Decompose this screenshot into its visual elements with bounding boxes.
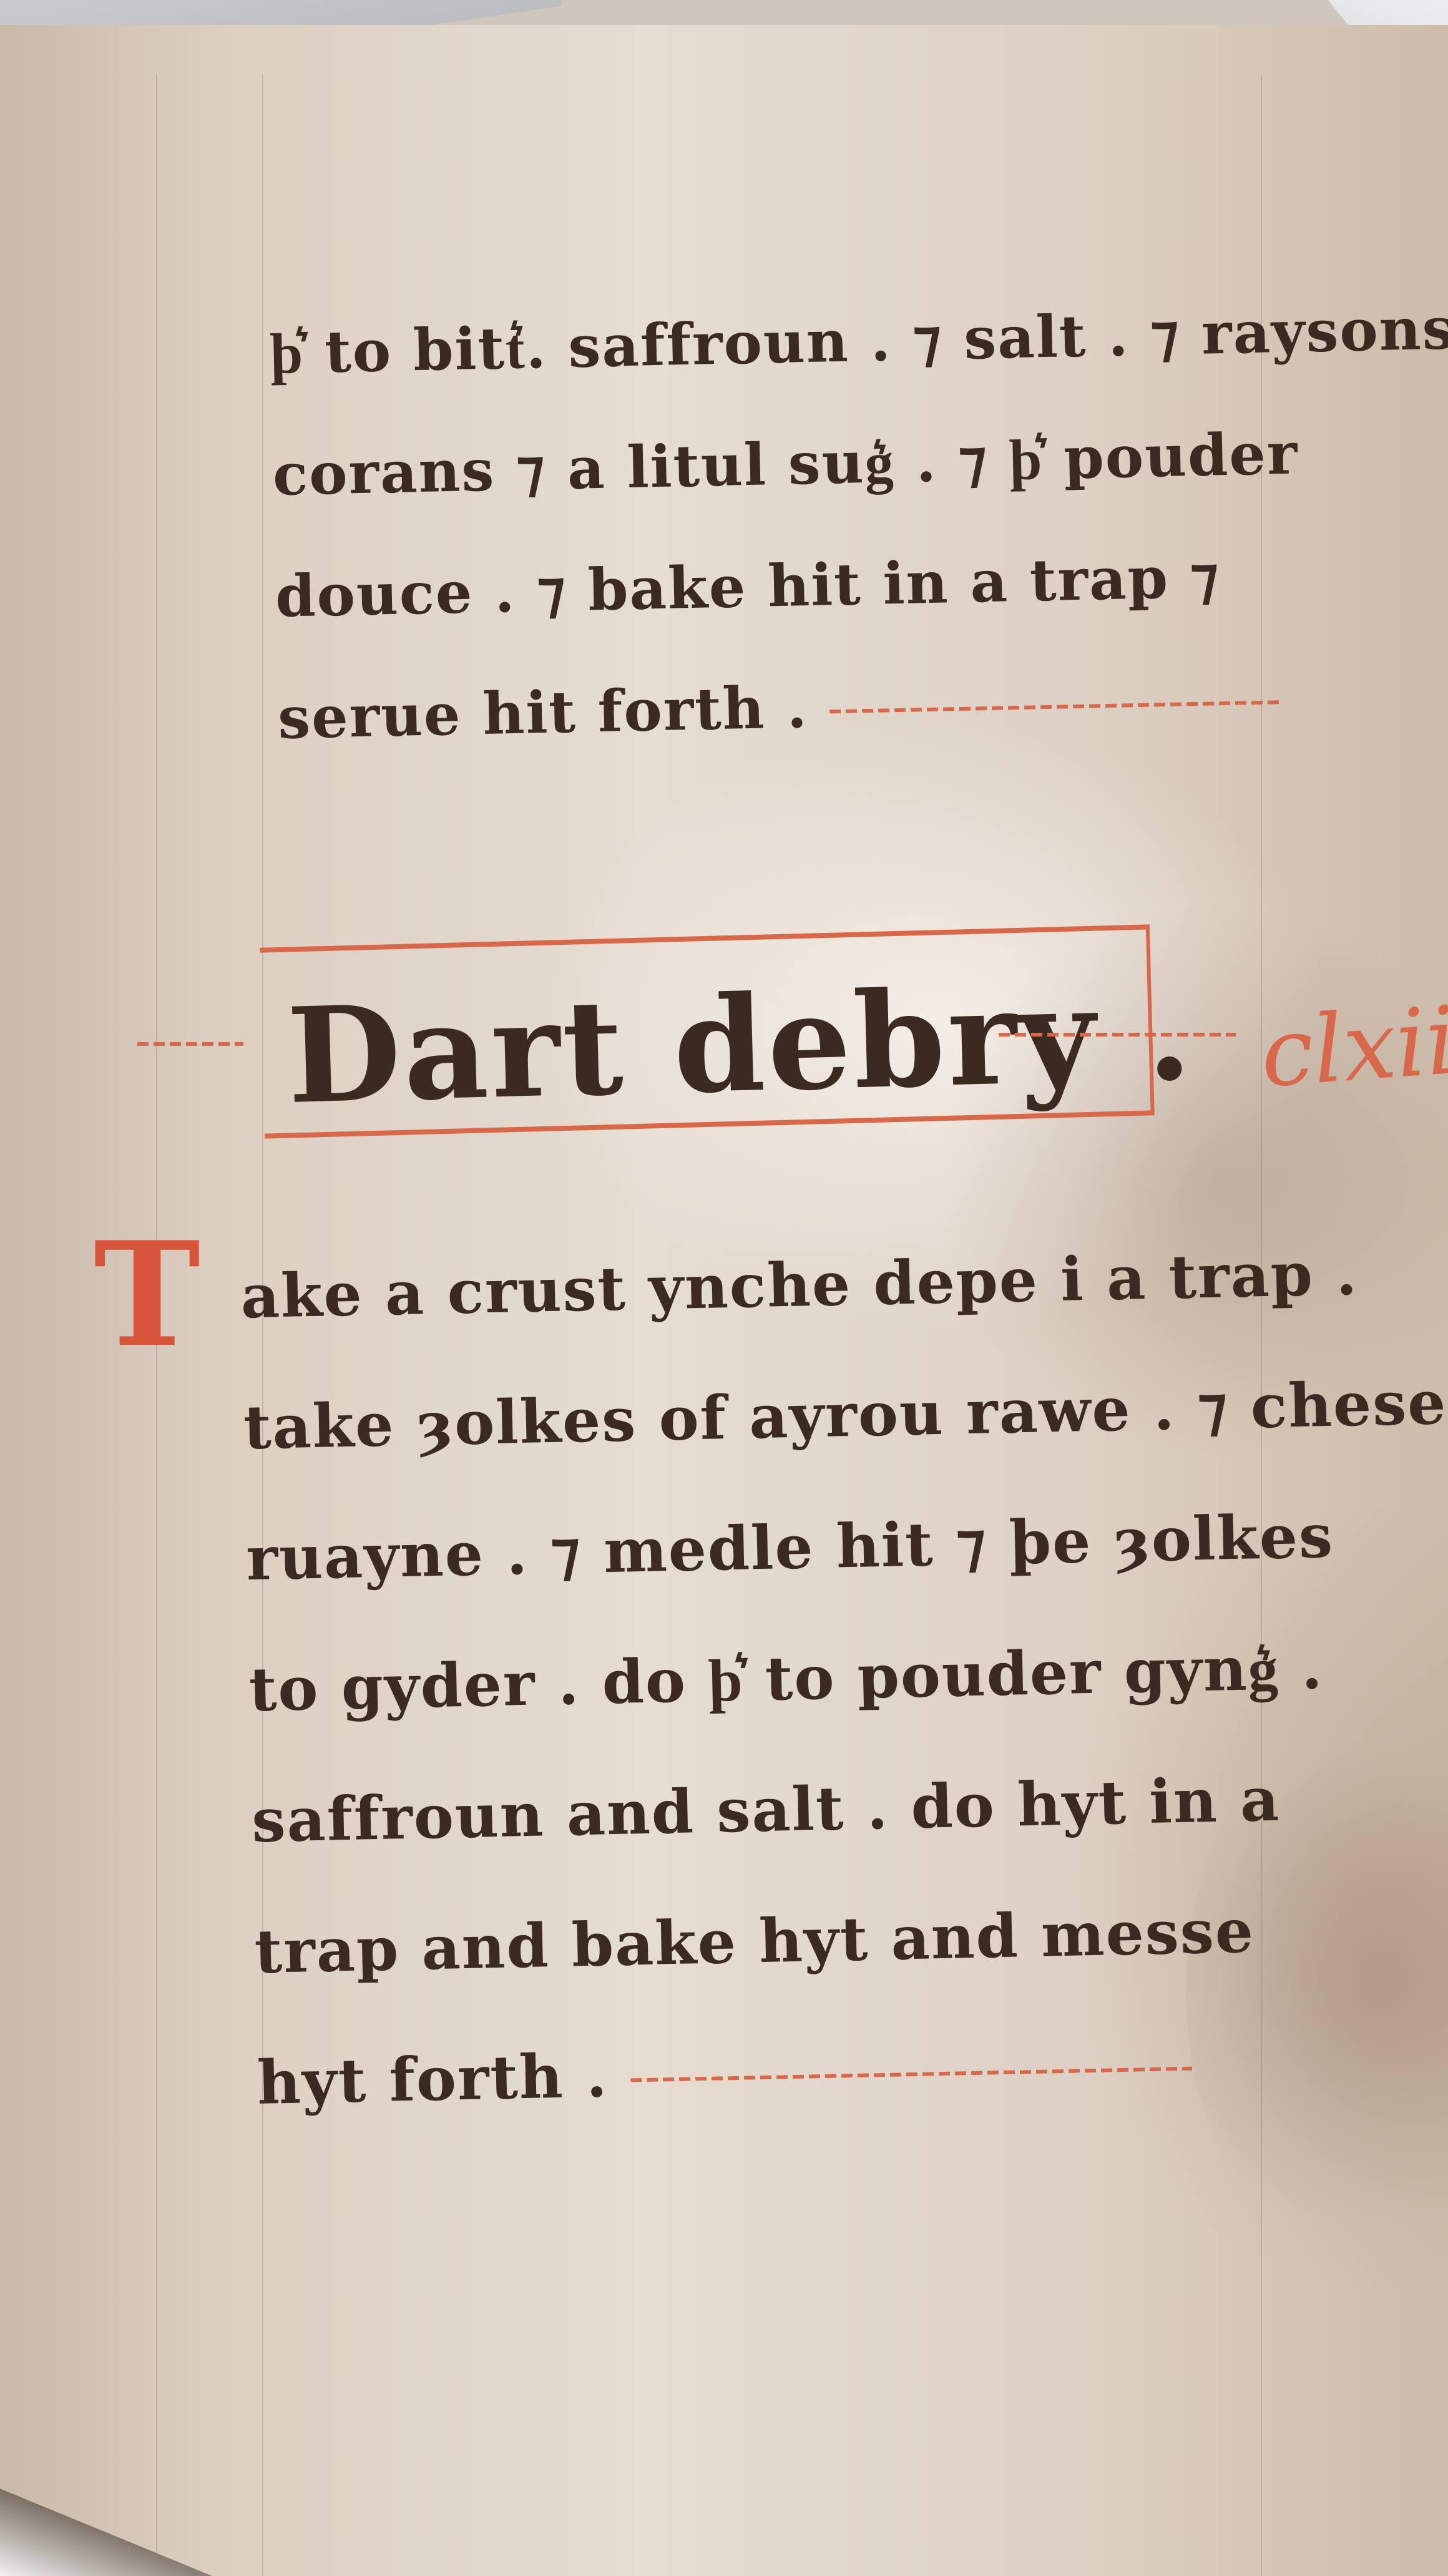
red-line-filler: [137, 1042, 243, 1046]
text-line: hyt forth .: [257, 2028, 1448, 2184]
margin-numeral: clxiii: [1257, 985, 1448, 1109]
red-initial-letter: T: [94, 1223, 200, 1367]
recipe-title: Dart debry .: [285, 955, 1196, 1133]
text-line: douce . ⁊ bake hit in a trap ⁊: [275, 543, 1448, 690]
red-line-filler: [999, 1033, 1236, 1037]
recipe-heading: Dart debry . clxiii: [137, 924, 1448, 1161]
red-line-filler: [630, 2067, 1192, 2082]
text-line: serue hit forth .: [277, 665, 1448, 811]
preceding-recipe-text: þ͛ to bitt͛. saffroun . ⁊ salt . ⁊ rayso…: [270, 300, 1448, 811]
text-line-content: serue hit forth .: [277, 673, 809, 752]
red-line-filler: [829, 701, 1279, 714]
text-line-content: hyt forth .: [257, 2040, 609, 2118]
text-line: saffroun and salt . do hyt in a: [251, 1766, 1448, 1922]
text-line: trap and bake hyt and messe: [254, 1897, 1448, 2053]
recipe-text: ake a crust ynche depe i a trap . take ȝ…: [240, 1242, 1448, 2184]
text-line: corans ⁊ a litul sug͛ . ⁊ þ͛ pouder: [272, 421, 1448, 568]
